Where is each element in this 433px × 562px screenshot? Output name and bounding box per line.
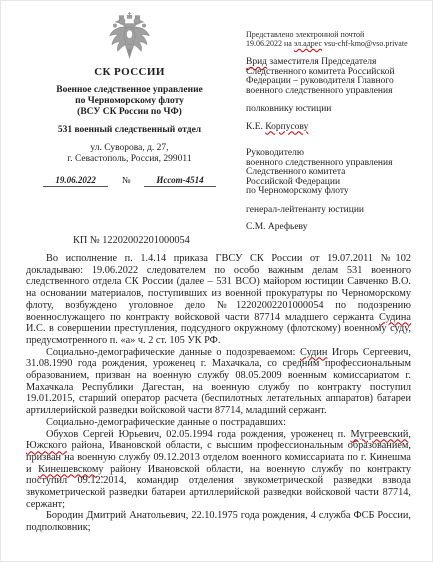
misspelled-word: Судин xyxy=(300,347,327,358)
body-paragraph: Социально-демографические данные о постр… xyxy=(26,417,411,429)
misspelled-word: Врид xyxy=(246,57,267,67)
text-segment: Российской Федерации xyxy=(246,177,340,187)
text-segment: Бородин Дмитрий Анатольевич, 22.10.1975 … xyxy=(26,510,411,533)
text-segment: Во исполнение п. 1.4.14 приказа ГВСУ СК … xyxy=(26,253,411,323)
number-sign: № xyxy=(122,175,131,185)
misspelled-word: Мугреевский xyxy=(350,429,408,440)
email-delivery-stamp: Представлено электронной почтой19.06.202… xyxy=(246,30,418,48)
text-segment: Социально-демографические данные о постр… xyxy=(46,417,286,428)
text-segment: , xyxy=(408,429,411,440)
document-page: СК РОССИИ Военное следственное управлени… xyxy=(0,0,433,562)
text-segment: Руководителю xyxy=(246,148,304,158)
text-segment: С.М. Арефьеву xyxy=(246,222,307,232)
sender-block: СК РОССИИ Военное следственное управлени… xyxy=(23,11,236,187)
misspelled-word: Кинешевскому xyxy=(38,464,103,475)
addressee-block: генерал-лейтенанту юстиции xyxy=(246,206,418,216)
addressee-block: полковнику юстиции xyxy=(246,105,418,115)
addressee-block: Руководителювоенного следственного управ… xyxy=(246,149,418,197)
case-reference-number: КП № 12202002201000054 xyxy=(73,235,411,246)
org-title: СК РОССИИ xyxy=(23,66,236,78)
misspelled-word: Южского xyxy=(26,440,67,451)
misspelled-word: Судина xyxy=(379,312,411,323)
text-segment: К.Е. xyxy=(246,122,265,132)
body-paragraph: Социально-демографические данные о подоз… xyxy=(26,347,411,417)
body-paragraph: Бородин Дмитрий Анатольевич, 22.10.1975 … xyxy=(26,510,411,533)
text-segment: Обухов Сергей Юрьевич, 02.05.1994 года р… xyxy=(46,429,350,440)
document-number: Иссот-4514 xyxy=(144,175,215,187)
text-segment: Следственного комитета xyxy=(246,167,345,177)
text-line: (ВСУ СК России по ЧФ) xyxy=(23,107,236,118)
addressee-block: К.Е. Корпусову xyxy=(246,123,418,133)
text-segment: по Черноморскому флоту xyxy=(246,186,349,196)
addressee-block: С.М. Арефьеву xyxy=(246,223,418,233)
text-segment: Федерации – руководителя Главного xyxy=(246,76,394,86)
text-line: г. Севастополь, Россия, 299011 xyxy=(23,154,236,165)
text-segment: 19.06.2022 на xyxy=(246,39,294,48)
body-paragraph: Во исполнение п. 1.4.14 приказа ГВСУ СК … xyxy=(26,253,411,347)
text-line: военного следственного управления xyxy=(246,87,418,97)
text-line: генерал-лейтенанту юстиции xyxy=(246,206,418,216)
text-line: по Черноморскому флоту xyxy=(23,96,236,107)
text-segment: полковнику юстиции xyxy=(246,104,331,114)
misspelled-word: Корпусову xyxy=(265,122,308,132)
text-segment: заместителя Председателя xyxy=(267,57,376,67)
addressee-block: Врид заместителя ПредседателяСледственно… xyxy=(246,58,418,96)
text-segment: И.С. в совершении преступления, подсудно… xyxy=(26,323,411,346)
body-paragraphs: Во исполнение п. 1.4.14 приказа ГВСУ СК … xyxy=(26,253,411,534)
addressee-column: Представлено электронной почтой19.06.202… xyxy=(246,30,418,241)
org-name-lines: Военное следственное управлениепо Черном… xyxy=(23,85,236,118)
text-line: Военное следственное управление xyxy=(23,85,236,96)
russia-coat-of-arms-icon xyxy=(23,11,236,61)
text-line: ул. Суворова, д. 27, xyxy=(23,143,236,154)
text-line: полковнику юстиции xyxy=(246,105,418,115)
text-line: Представлено электронной почтой xyxy=(246,30,418,39)
misspelled-word: эл.адрес xyxy=(294,39,322,48)
date-number-line: 19.06.2022 № Иссот-4514 xyxy=(23,175,236,187)
sender-address: ул. Суворова, д. 27,г. Севастополь, Росс… xyxy=(23,143,236,164)
department-name: 531 военный следственный отдел xyxy=(23,125,236,135)
document-date: 19.06.2022 xyxy=(43,175,108,187)
body-paragraph: Обухов Сергей Юрьевич, 02.05.1994 года р… xyxy=(26,429,411,511)
addressee-list: Врид заместителя ПредседателяСледственно… xyxy=(246,58,418,233)
text-line: по Черноморскому флоту xyxy=(246,187,418,197)
text-segment: Социально-демографические данные о подоз… xyxy=(46,347,300,358)
text-segment: Представлено электронной почтой xyxy=(246,30,364,39)
text-line: 19.06.2022 на эл.адрес vsu-chf-kmo@vso.p… xyxy=(246,39,418,48)
text-segment: vsu-chf-kmo@vso.private xyxy=(322,39,408,48)
document-body: КП № 12202002201000054 Во исполнение п. … xyxy=(26,235,411,534)
text-segment: генерал-лейтенанту юстиции xyxy=(246,205,364,215)
text-segment: военного следственного управления xyxy=(246,86,392,96)
text-segment: военного следственного управления xyxy=(246,158,392,168)
text-line: К.Е. Корпусову xyxy=(246,123,418,133)
text-line: С.М. Арефьеву xyxy=(246,223,418,233)
text-segment: Следственного комитета Российской xyxy=(246,67,395,77)
